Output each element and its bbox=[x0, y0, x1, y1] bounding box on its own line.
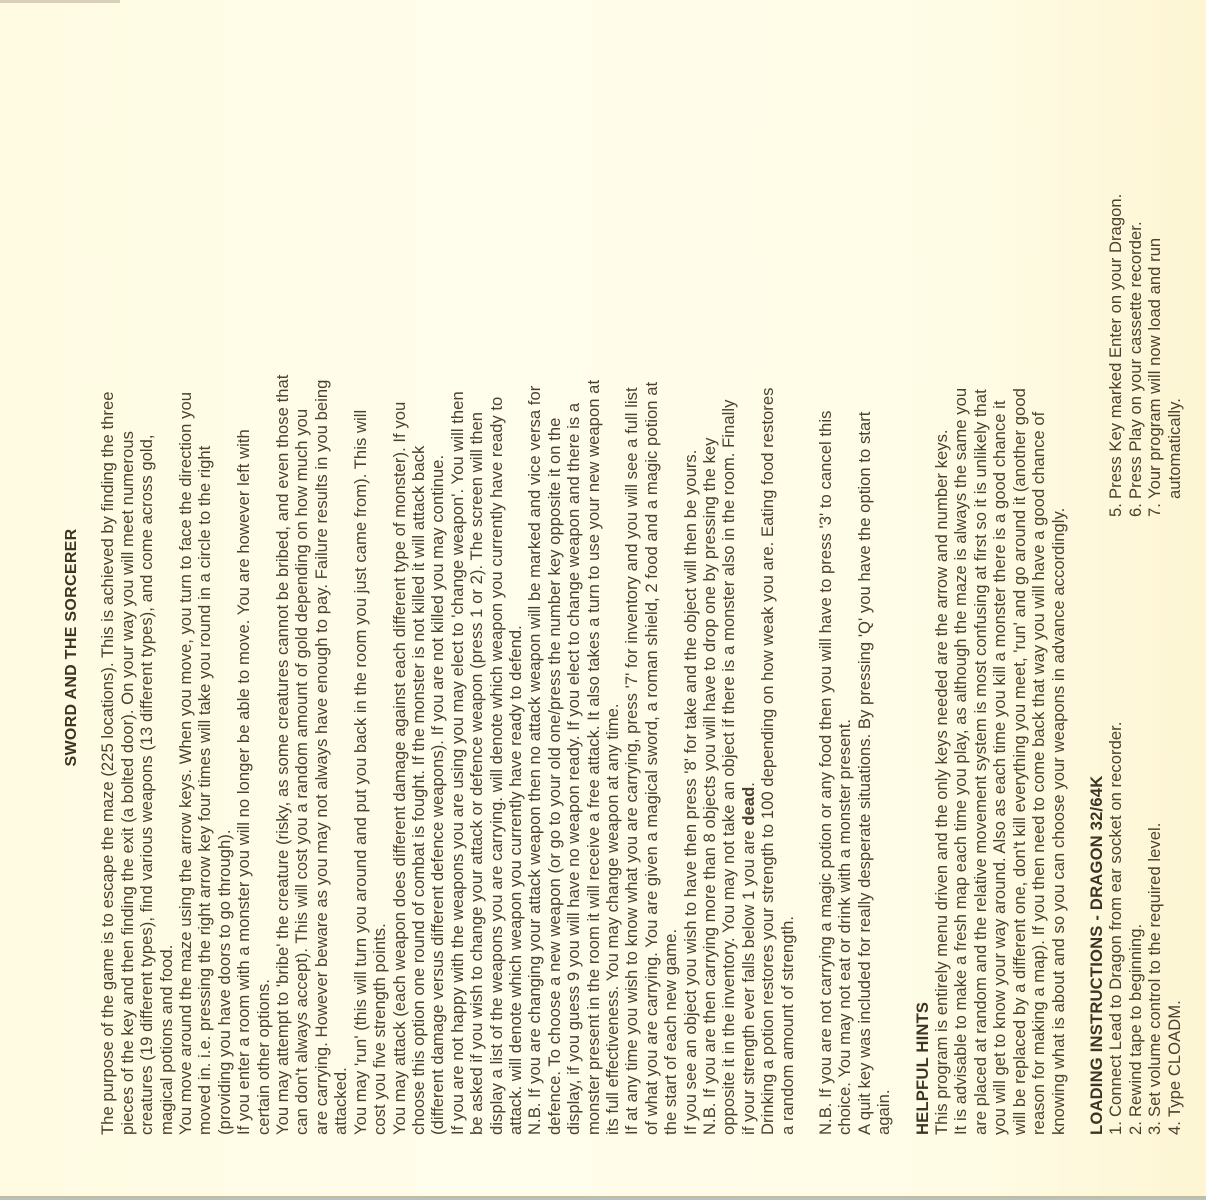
body-line: choose this option one round of combat i… bbox=[409, 160, 428, 1135]
loading-heading: LOADING INSTRUCTIONS - DRAGON 32/64K bbox=[1087, 160, 1106, 1135]
step-number: 2. bbox=[1126, 1117, 1145, 1135]
loading-step: 2.Rewind tape to beginning. bbox=[1126, 535, 1145, 1135]
body-line: display a list of the weapons you are ca… bbox=[487, 160, 506, 1135]
loading-steps: 1.Connect Lead to Dragon from ear socket… bbox=[1106, 160, 1184, 1135]
spacer bbox=[797, 160, 816, 1135]
step-text: Set volume control to the required level… bbox=[1145, 823, 1164, 1117]
dead-suffix: . bbox=[739, 782, 758, 787]
body-line: (providing you have doors to go through)… bbox=[215, 160, 234, 1135]
body-line: You may attempt to 'bribe' the creature … bbox=[273, 160, 292, 1135]
spacer bbox=[1184, 160, 1203, 1135]
step-text: automatically. bbox=[1165, 398, 1184, 499]
hint-line: knowing what is about and so you can cho… bbox=[1049, 160, 1068, 1135]
body-line: If you enter a room with a monster you w… bbox=[234, 160, 253, 1135]
nb-notes: N.B. If you are not carrying a magic pot… bbox=[816, 160, 894, 1135]
game-description: The purpose of the game is to escape the… bbox=[98, 160, 797, 1135]
body-line: attacked. bbox=[331, 160, 350, 1135]
body-line: pieces of the key and then finding the e… bbox=[118, 160, 137, 1135]
loading-step: 5.Press Key marked Enter on your Dragon. bbox=[1106, 194, 1125, 517]
loading-steps-left: 1.Connect Lead to Dragon from ear socket… bbox=[1106, 535, 1184, 1135]
loading-instructions-section: LOADING INSTRUCTIONS - DRAGON 32/64K 1.C… bbox=[1087, 160, 1184, 1135]
body-line: magical potions and food. bbox=[157, 160, 176, 1135]
loading-step: 4.Type CLOADM. bbox=[1165, 535, 1184, 1135]
body-line: The purpose of the game is to escape the… bbox=[98, 160, 117, 1135]
step-number: 6. bbox=[1126, 499, 1145, 517]
nb-line: A quit key was included for really despe… bbox=[855, 160, 874, 1135]
paper-bottom-edge bbox=[0, 1196, 1206, 1200]
step-number: 1. bbox=[1106, 1117, 1125, 1135]
body-line: If you see an object you wish to have th… bbox=[681, 160, 700, 1135]
loading-step: 6.Press Play on your cassette recorder. bbox=[1126, 194, 1145, 517]
body-line: the start of each new game. bbox=[661, 160, 680, 1135]
body-line: opposite it in the inventory. You may no… bbox=[719, 160, 738, 1135]
document-title: SWORD AND THE SORCERER bbox=[62, 160, 81, 1135]
step-number bbox=[1165, 499, 1184, 517]
body-line: be asked if you wish to change your atta… bbox=[467, 160, 486, 1135]
step-text: Rewind tape to beginning. bbox=[1126, 924, 1145, 1117]
spacer bbox=[894, 160, 913, 1135]
hint-line: you will get to know your way around. Al… bbox=[990, 160, 1009, 1135]
hint-line: are placed at random and the relative mo… bbox=[971, 160, 990, 1135]
loading-steps-right: 5.Press Key marked Enter on your Dragon.… bbox=[1106, 194, 1184, 517]
step-text: Connect Lead to Dragon from ear socket o… bbox=[1106, 722, 1125, 1117]
body-line: If you are not happy with the weapons yo… bbox=[448, 160, 467, 1135]
body-line: attack. will denote which weapon you cur… bbox=[506, 160, 525, 1135]
step-text: Press Key marked Enter on your Dragon. bbox=[1106, 194, 1125, 499]
body-line-dead: if your strength ever falls below 1 you … bbox=[739, 160, 758, 1135]
hint-line: will be replaced by a different one, don… bbox=[1010, 160, 1029, 1135]
body-line: (different damage versus different defen… bbox=[428, 160, 447, 1135]
nb-line: N.B. If you are not carrying a magic pot… bbox=[816, 160, 835, 1135]
helpful-hints-section: HELPFUL HINTS This program is entirely m… bbox=[913, 160, 1068, 1135]
body-line: creatures (19 different types), find var… bbox=[137, 160, 156, 1135]
body-line: N.B. If you are changing your attack wea… bbox=[525, 160, 544, 1135]
spacer bbox=[1068, 160, 1087, 1135]
hints-heading: HELPFUL HINTS bbox=[913, 160, 932, 1135]
hint-line: This program is entirely menu driven and… bbox=[932, 160, 951, 1135]
step-text: Type CLOADM. bbox=[1165, 1000, 1184, 1117]
body-line-text: if your strength ever falls below 1 you … bbox=[739, 826, 758, 1135]
body-line: defence. To choose a new weapon (or go t… bbox=[545, 160, 564, 1135]
step-text: Press Play on your cassette recorder. bbox=[1126, 221, 1145, 499]
hint-line: It is advisable to make a fresh map each… bbox=[951, 160, 970, 1135]
paper-top-edge-shadow bbox=[0, 0, 120, 3]
body-line: can don't always accept). This will cost… bbox=[292, 160, 311, 1135]
step-number: 4. bbox=[1165, 1117, 1184, 1135]
loading-step: 7.Your program will now load and run bbox=[1145, 194, 1164, 517]
body-line: are carrying. However beware as you may … bbox=[312, 160, 331, 1135]
loading-step: 1.Connect Lead to Dragon from ear socket… bbox=[1106, 535, 1125, 1135]
loading-step: 3.Set volume control to the required lev… bbox=[1145, 535, 1164, 1135]
body-line: of what you are carrying. You are given … bbox=[642, 160, 661, 1135]
step-number: 7. bbox=[1145, 499, 1164, 517]
step-number: 5. bbox=[1106, 499, 1125, 517]
body-line: You may attack (each weapon does differe… bbox=[390, 160, 409, 1135]
loading-step: automatically. bbox=[1165, 194, 1184, 517]
body-line: If at any time you wish to know what you… bbox=[622, 160, 641, 1135]
body-line: its full effectiveness. You may change w… bbox=[603, 160, 622, 1135]
body-line: N.B. If you are then carrying more than … bbox=[700, 160, 719, 1135]
nb-line: again. bbox=[874, 160, 893, 1135]
body-line: You may 'run' (this will turn you around… bbox=[351, 160, 370, 1135]
body-line: monster present in the room it will rece… bbox=[584, 160, 603, 1135]
body-line: moved in. i.e. pressing the right arrow … bbox=[195, 160, 214, 1135]
body-line: display, if you guess 9 you will have no… bbox=[564, 160, 583, 1135]
body-line: certain other options. bbox=[254, 160, 273, 1135]
dead-word: dead bbox=[739, 787, 758, 826]
nb-line: choice. You may not eat or drink with a … bbox=[835, 160, 854, 1135]
body-line: cost you five strength points. bbox=[370, 160, 389, 1135]
instruction-sheet-rotated: SWORD AND THE SORCERER The purpose of th… bbox=[62, 160, 1152, 1135]
step-text: Your program will now load and run bbox=[1145, 238, 1164, 499]
body-line: Drinking a potion restores your strength… bbox=[758, 160, 777, 1135]
body-line: a random amount of strength. bbox=[778, 160, 797, 1135]
step-number: 3. bbox=[1145, 1117, 1164, 1135]
body-line: You move around the maze using the arrow… bbox=[176, 160, 195, 1135]
hint-line: reason for making a map). If you then ne… bbox=[1029, 160, 1048, 1135]
